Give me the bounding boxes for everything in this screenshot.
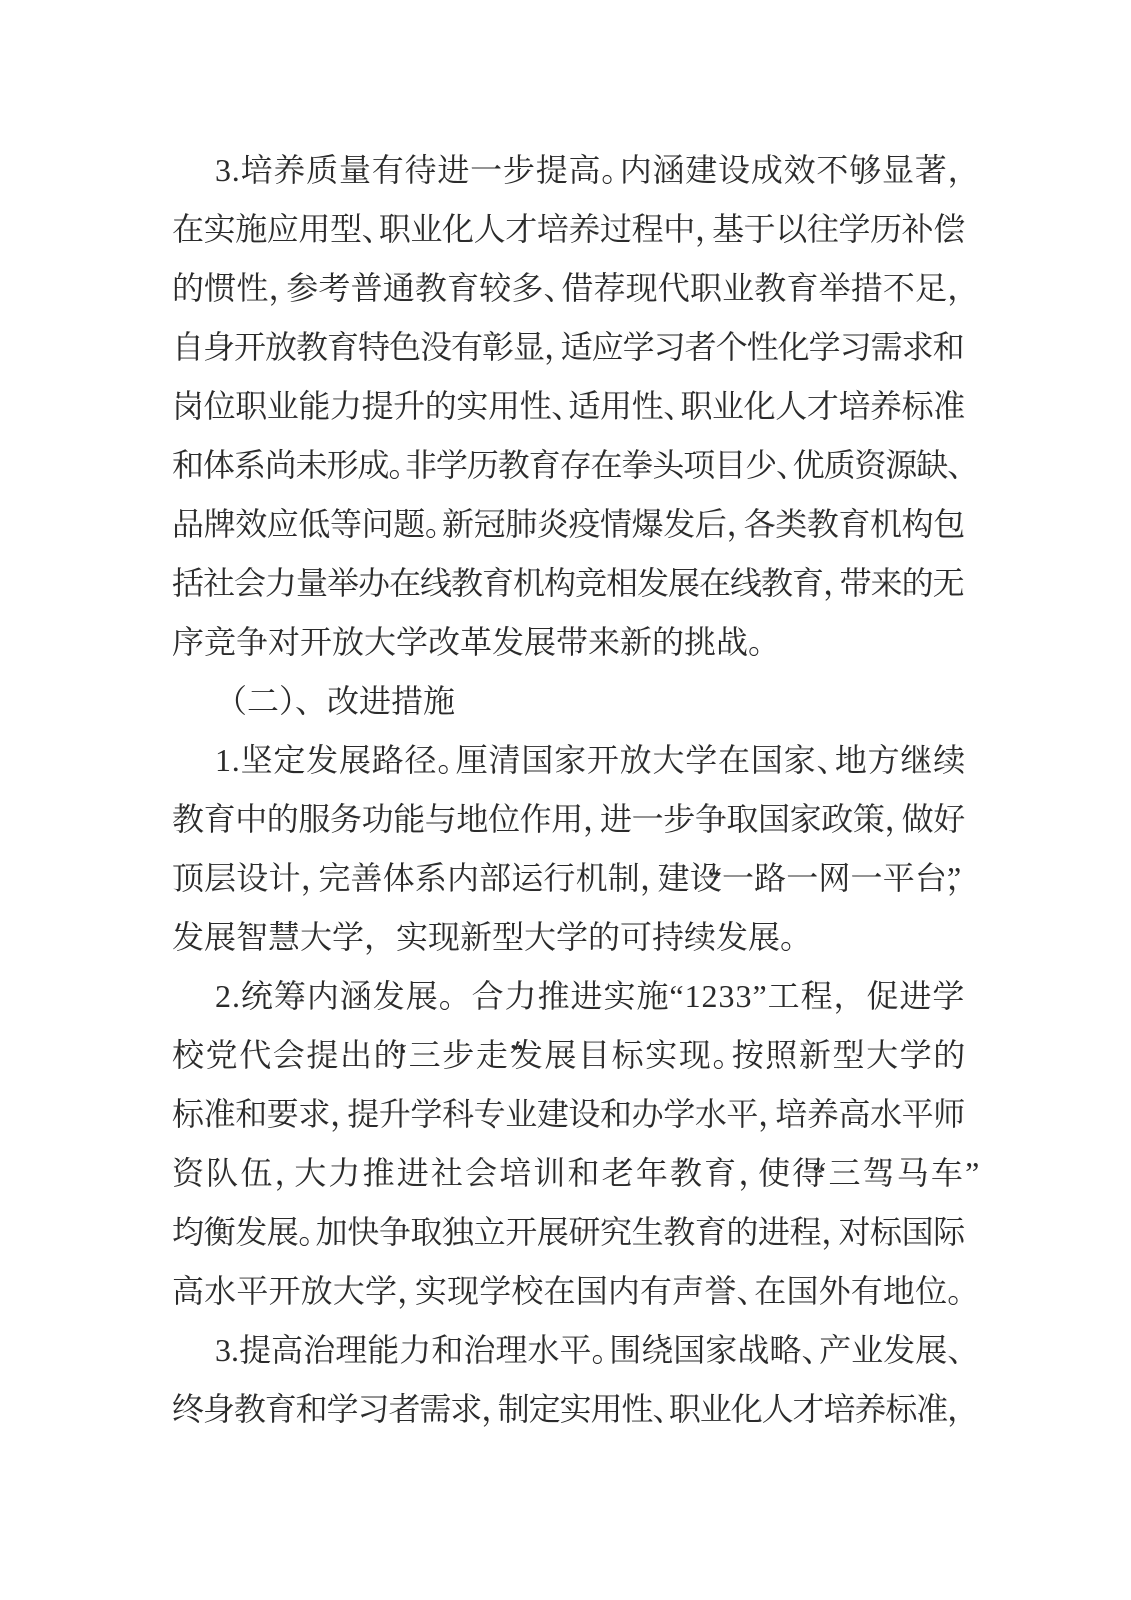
- paragraph: 1.坚定发展路径。厘清国家开放大学在国家、地方继续教育中的服务功能与地位作用，进…: [172, 731, 965, 967]
- text-line: 的惯性，参考普通教育较多、借荐现代职业教育举措不足，: [172, 259, 965, 318]
- text-line-content: 2.统筹内涵发展。合力推进实施“1233”工程，促进学: [215, 967, 965, 1026]
- text-line: 标准和要求，提升学科专业建设和办学水平，培养高水平师: [172, 1085, 965, 1144]
- text-line-content: 校党代会提出的“三步走”发展目标实现。按照新型大学的: [172, 1026, 967, 1085]
- text-line-content: 在实施应用型、职业化人才培养过程中，基于以往学历补偿: [172, 200, 965, 259]
- paragraph: 2.统筹内涵发展。合力推进实施“1233”工程，促进学校党代会提出的“三步走”发…: [172, 967, 965, 1321]
- section-heading: （二）、改进措施: [172, 672, 965, 731]
- text-line: 高水平开放大学，实现学校在国内有声誉、在国外有地位。: [172, 1262, 965, 1321]
- text-line-content: 标准和要求，提升学科专业建设和办学水平，培养高水平师: [172, 1085, 965, 1144]
- text-line-content: 的惯性，参考普通教育较多、借荐现代职业教育举措不足，: [172, 259, 965, 318]
- text-line: 和体系尚未形成。非学历教育存在拳头项目少、优质资源缺、: [172, 436, 965, 495]
- text-line-content: （二）、改进措施: [215, 672, 455, 731]
- text-line-content: 发展智慧大学，实现新型大学的可持续发展。: [172, 908, 812, 967]
- text-line: 发展智慧大学，实现新型大学的可持续发展。: [172, 908, 965, 967]
- text-line-content: 括社会力量举办在线教育机构竞相发展在线教育，带来的无: [172, 554, 964, 613]
- text-line-content: 岗位职业能力提升的实用性、适用性、职业化人才培养标准: [172, 377, 965, 436]
- text-line-content: 和体系尚未形成。非学历教育存在拳头项目少、优质资源缺、: [172, 436, 964, 495]
- text-line-content: 高水平开放大学，实现学校在国内有声誉、在国外有地位。: [172, 1262, 965, 1321]
- text-line: 教育中的服务功能与地位作用，进一步争取国家政策，做好: [172, 790, 965, 849]
- text-line: 3.提高治理能力和治理水平。围绕国家战略、产业发展、: [172, 1321, 965, 1380]
- text-line: 括社会力量举办在线教育机构竞相发展在线教育，带来的无: [172, 554, 965, 613]
- text-line: 1.坚定发展路径。厘清国家开放大学在国家、地方继续: [172, 731, 965, 790]
- paragraph: 3.培养质量有待进一步提高。内涵建设成效不够显著，在实施应用型、职业化人才培养过…: [172, 141, 965, 672]
- text-line-content: 顶层设计，完善体系内部运行机制，建设“一路一网一平台”，: [172, 849, 965, 908]
- paragraph: 3.提高治理能力和治理水平。围绕国家战略、产业发展、终身教育和学习者需求，制定实…: [172, 1321, 965, 1439]
- text-line-content: 3.提高治理能力和治理水平。围绕国家战略、产业发展、: [215, 1321, 965, 1380]
- text-line-content: 均衡发展。加快争取独立开展研究生教育的进程，对标国际: [172, 1203, 965, 1262]
- text-line-content: 序竞争对开放大学改革发展带来新的挑战。: [172, 613, 780, 672]
- text-line: 校党代会提出的“三步走”发展目标实现。按照新型大学的: [172, 1026, 965, 1085]
- text-line-content: 教育中的服务功能与地位作用，进一步争取国家政策，做好: [172, 790, 965, 849]
- text-line-content: 终身教育和学习者需求，制定实用性、职业化人才培养标准，: [172, 1380, 964, 1439]
- text-line: （二）、改进措施: [172, 672, 965, 731]
- text-line: 岗位职业能力提升的实用性、适用性、职业化人才培养标准: [172, 377, 965, 436]
- text-line: 在实施应用型、职业化人才培养过程中，基于以往学历补偿: [172, 200, 965, 259]
- text-line-content: 品牌效应低等问题。新冠肺炎疫情爆发后，各类教育机构包: [172, 495, 965, 554]
- text-line: 2.统筹内涵发展。合力推进实施“1233”工程，促进学: [172, 967, 965, 1026]
- text-line: 终身教育和学习者需求，制定实用性、职业化人才培养标准，: [172, 1380, 965, 1439]
- text-line-content: 3.培养质量有待进一步提高。内涵建设成效不够显著，: [215, 141, 966, 200]
- text-line-content: 1.坚定发展路径。厘清国家开放大学在国家、地方继续: [215, 731, 966, 790]
- document-page: 3.培养质量有待进一步提高。内涵建设成效不够显著，在实施应用型、职业化人才培养过…: [0, 0, 1131, 1600]
- text-line-content: 资队伍，大力推进社会培训和老年教育，使得“三驾马车”: [172, 1144, 967, 1203]
- text-line: 序竞争对开放大学改革发展带来新的挑战。: [172, 613, 965, 672]
- text-line: 3.培养质量有待进一步提高。内涵建设成效不够显著，: [172, 141, 965, 200]
- text-line: 品牌效应低等问题。新冠肺炎疫情爆发后，各类教育机构包: [172, 495, 965, 554]
- text-line: 资队伍，大力推进社会培训和老年教育，使得“三驾马车”: [172, 1144, 965, 1203]
- text-line-content: 自身开放教育特色没有彰显，适应学习者个性化学习需求和: [172, 318, 964, 377]
- text-line: 自身开放教育特色没有彰显，适应学习者个性化学习需求和: [172, 318, 965, 377]
- text-line: 顶层设计，完善体系内部运行机制，建设“一路一网一平台”，: [172, 849, 965, 908]
- document-body: 3.培养质量有待进一步提高。内涵建设成效不够显著，在实施应用型、职业化人才培养过…: [172, 141, 965, 1439]
- text-line: 均衡发展。加快争取独立开展研究生教育的进程，对标国际: [172, 1203, 965, 1262]
